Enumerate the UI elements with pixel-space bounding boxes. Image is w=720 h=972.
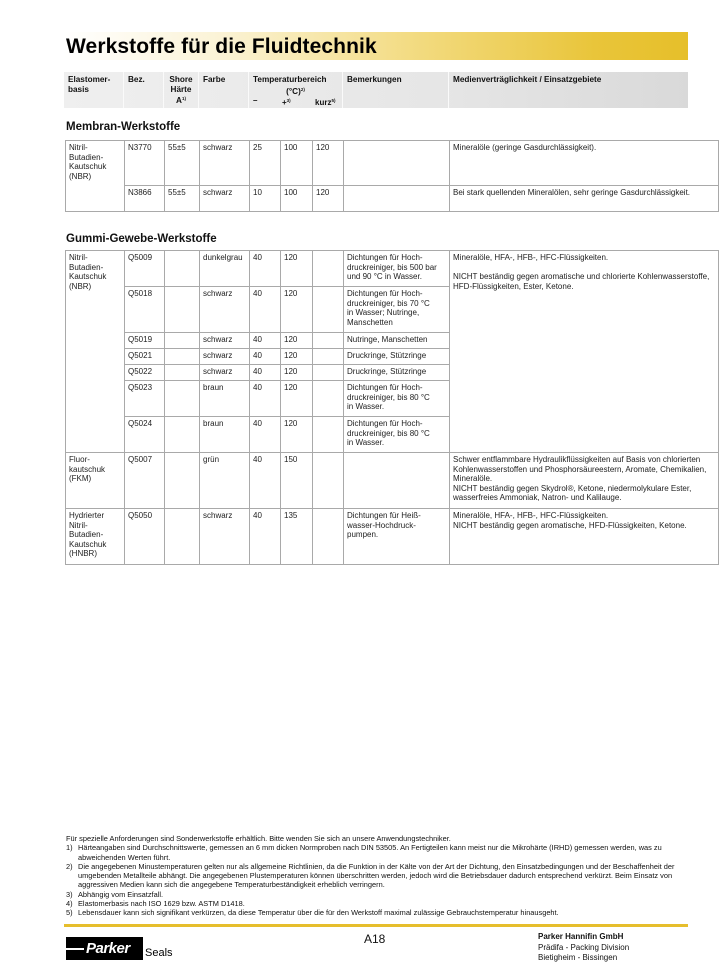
page-number: A18 — [364, 932, 385, 946]
cell-bez: Q5022 — [125, 365, 165, 381]
footnote-text: Lebensdauer kann sich signifikant verkür… — [78, 908, 559, 917]
cell-plus: 150 — [281, 453, 313, 509]
company-name: Parker Hannifin GmbH — [538, 932, 629, 943]
cell-bez: N3770 — [125, 141, 165, 186]
header-temp-unit: (°C)2) — [253, 85, 338, 97]
page-title: Werkstoffe für die Fluidtechnik — [66, 34, 377, 60]
footnote-number: 4) — [66, 899, 73, 908]
cell-shore — [165, 365, 200, 381]
cell-shore — [165, 349, 200, 365]
footnote-item: 4)Elastomerbasis nach ISO 1629 bzw. ASTM… — [66, 899, 706, 908]
cell-farbe: schwarz — [200, 365, 250, 381]
cell-plus: 120 — [281, 251, 313, 287]
footnotes: Für spezielle Anforderungen sind Sonderw… — [66, 834, 706, 918]
cell-minus: 40 — [250, 509, 281, 565]
cell-bemerkungen: Dichtungen für Hoch- druckreiniger, bis … — [344, 417, 450, 453]
cell-shore: 55±5 — [165, 141, 200, 186]
footnote-number: 2) — [66, 862, 73, 871]
footnote-text: Härteangaben sind Durchschnittswerte, ge… — [78, 843, 662, 861]
cell-plus: 120 — [281, 349, 313, 365]
cell-shore — [165, 453, 200, 509]
parker-logo-mark: Parker — [66, 937, 143, 960]
cell-shore — [165, 417, 200, 453]
cell-bez: Q5019 — [125, 333, 165, 349]
cell-kurz — [313, 333, 344, 349]
cell-kurz: 120 — [313, 186, 344, 212]
cell-farbe: dunkelgrau — [200, 251, 250, 287]
cell-elastomer-base: Nitril- Butadien- Kautschuk (NBR) — [66, 141, 125, 212]
cell-shore — [165, 251, 200, 287]
cell-medien: Bei stark quellenden Mineralölen, sehr g… — [450, 186, 719, 212]
cell-plus: 100 — [281, 141, 313, 186]
cell-medien: Schwer entflammbare Hydraulikflüssigkeit… — [450, 453, 719, 509]
cell-bemerkungen — [344, 141, 450, 186]
cell-kurz: 120 — [313, 141, 344, 186]
header-temp-plus: +3) — [282, 96, 291, 108]
footnote-item: 2)Die angegebenen Minustemperaturen gelt… — [66, 862, 706, 890]
cell-farbe: braun — [200, 381, 250, 417]
cell-plus: 120 — [281, 287, 313, 333]
header-temperature: Temperaturbereich (°C)2) – +3) kurz5) — [249, 72, 343, 108]
cell-minus: 40 — [250, 381, 281, 417]
company-location: Bietigheim - Bissingen — [538, 953, 629, 964]
cell-bez: Q5023 — [125, 381, 165, 417]
table-row: N386655±5schwarz10100120Bei stark quelle… — [66, 186, 719, 212]
cell-bemerkungen — [344, 186, 450, 212]
cell-shore — [165, 287, 200, 333]
cell-bemerkungen: Nutringe, Manschetten — [344, 333, 450, 349]
cell-plus: 100 — [281, 186, 313, 212]
header-temp-kurz: kurz5) — [315, 96, 335, 108]
cell-plus: 120 — [281, 365, 313, 381]
column-header: Elastomer- basis Bez. Shore Härte A1) Fa… — [64, 72, 688, 108]
cell-kurz — [313, 287, 344, 333]
table-row: Nitril- Butadien- Kautschuk (NBR)Q5009du… — [66, 251, 719, 287]
cell-bemerkungen: Dichtungen für Heiß- wasser-Hochdruck- p… — [344, 509, 450, 565]
cell-minus: 40 — [250, 333, 281, 349]
cell-farbe: schwarz — [200, 333, 250, 349]
cell-minus: 40 — [250, 349, 281, 365]
cell-elastomer-base: Fluor- kautschuk (FKM) — [66, 453, 125, 509]
header-bez: Bez. — [124, 72, 164, 108]
cell-shore — [165, 509, 200, 565]
cell-kurz — [313, 417, 344, 453]
cell-bez: Q5009 — [125, 251, 165, 287]
cell-elastomer-base: Hydrierter Nitril- Butadien- Kautschuk (… — [66, 509, 125, 565]
parker-logo-seals: Seals — [145, 946, 173, 960]
cell-shore — [165, 381, 200, 417]
cell-farbe: schwarz — [200, 509, 250, 565]
cell-bez: Q5007 — [125, 453, 165, 509]
cell-bez: Q5024 — [125, 417, 165, 453]
cell-farbe: grün — [200, 453, 250, 509]
company-info: Parker Hannifin GmbH Prädifa - Packing D… — [538, 932, 629, 964]
cell-bemerkungen — [344, 453, 450, 509]
footnote-item: 3)Abhängig vom Einsatzfall. — [66, 890, 706, 899]
cell-kurz — [313, 349, 344, 365]
cell-elastomer-base: Nitril- Butadien- Kautschuk (NBR) — [66, 251, 125, 453]
cell-kurz — [313, 381, 344, 417]
header-temp-label: Temperaturbereich — [253, 75, 338, 85]
cell-minus: 40 — [250, 287, 281, 333]
cell-farbe: schwarz — [200, 349, 250, 365]
cell-kurz — [313, 251, 344, 287]
section-title-gummi: Gummi-Gewebe-Werkstoffe — [66, 233, 217, 245]
cell-medien: Mineralöle (geringe Gasdurchlässigkeit). — [450, 141, 719, 186]
table-row: Hydrierter Nitril- Butadien- Kautschuk (… — [66, 509, 719, 565]
cell-plus: 120 — [281, 333, 313, 349]
footnote-number: 3) — [66, 890, 73, 899]
table-row: Fluor- kautschuk (FKM)Q5007grün40150Schw… — [66, 453, 719, 509]
cell-shore — [165, 333, 200, 349]
cell-medien: Mineralöle, HFA-, HFB-, HFC-Flüssigkeite… — [450, 509, 719, 565]
cell-kurz — [313, 509, 344, 565]
footnote-intro: Für spezielle Anforderungen sind Sonderw… — [66, 834, 706, 843]
membran-table: Nitril- Butadien- Kautschuk (NBR)N377055… — [65, 140, 719, 212]
cell-bez: Q5018 — [125, 287, 165, 333]
footer-divider — [64, 924, 688, 927]
footnote-text: Elastomerbasis nach ISO 1629 bzw. ASTM D… — [78, 899, 245, 908]
cell-minus: 40 — [250, 417, 281, 453]
cell-minus: 10 — [250, 186, 281, 212]
table-row: Nitril- Butadien- Kautschuk (NBR)N377055… — [66, 141, 719, 186]
header-medien: Medienverträglichkeit / Einsatzgebiete — [449, 72, 688, 108]
company-division: Prädifa - Packing Division — [538, 943, 629, 954]
cell-farbe: schwarz — [200, 141, 250, 186]
cell-bemerkungen: Druckringe, Stützringe — [344, 349, 450, 365]
cell-plus: 120 — [281, 417, 313, 453]
cell-medien: Mineralöle, HFA-, HFB-, HFC-Flüssigkeite… — [450, 251, 719, 453]
cell-farbe: braun — [200, 417, 250, 453]
cell-minus: 25 — [250, 141, 281, 186]
cell-shore: 55±5 — [165, 186, 200, 212]
parker-logo: Parker Seals — [66, 937, 173, 960]
cell-minus: 40 — [250, 365, 281, 381]
cell-minus: 40 — [250, 453, 281, 509]
cell-bez: Q5021 — [125, 349, 165, 365]
cell-bemerkungen: Dichtungen für Hoch- druckreiniger, bis … — [344, 251, 450, 287]
footnote-item: 1)Härteangaben sind Durchschnittswerte, … — [66, 843, 706, 862]
header-elastomer: Elastomer- basis — [64, 72, 124, 108]
cell-bez: N3866 — [125, 186, 165, 212]
gummi-table: Nitril- Butadien- Kautschuk (NBR)Q5009du… — [65, 250, 719, 565]
footnote-text: Die angegebenen Minustemperaturen gelten… — [78, 862, 674, 890]
cell-bemerkungen: Dichtungen für Hoch- druckreiniger, bis … — [344, 381, 450, 417]
cell-bez: Q5050 — [125, 509, 165, 565]
cell-bemerkungen: Dichtungen für Hoch- druckreiniger, bis … — [344, 287, 450, 333]
cell-plus: 135 — [281, 509, 313, 565]
header-farbe: Farbe — [199, 72, 249, 108]
cell-farbe: schwarz — [200, 287, 250, 333]
cell-bemerkungen: Druckringe, Stützringe — [344, 365, 450, 381]
cell-plus: 120 — [281, 381, 313, 417]
footnote-ref: 1) — [182, 96, 186, 101]
header-shore: Shore Härte A1) — [164, 72, 199, 108]
cell-minus: 40 — [250, 251, 281, 287]
cell-farbe: schwarz — [200, 186, 250, 212]
footnote-text: Abhängig vom Einsatzfall. — [78, 890, 163, 899]
header-bemerkungen: Bemerkungen — [343, 72, 449, 108]
footnote-number: 5) — [66, 908, 73, 917]
footnote-item: 5)Lebensdauer kann sich signifikant verk… — [66, 908, 706, 917]
section-title-membran: Membran-Werkstoffe — [66, 121, 180, 133]
footnote-number: 1) — [66, 843, 73, 852]
cell-kurz — [313, 365, 344, 381]
header-temp-minus: – — [253, 96, 257, 106]
cell-kurz — [313, 453, 344, 509]
